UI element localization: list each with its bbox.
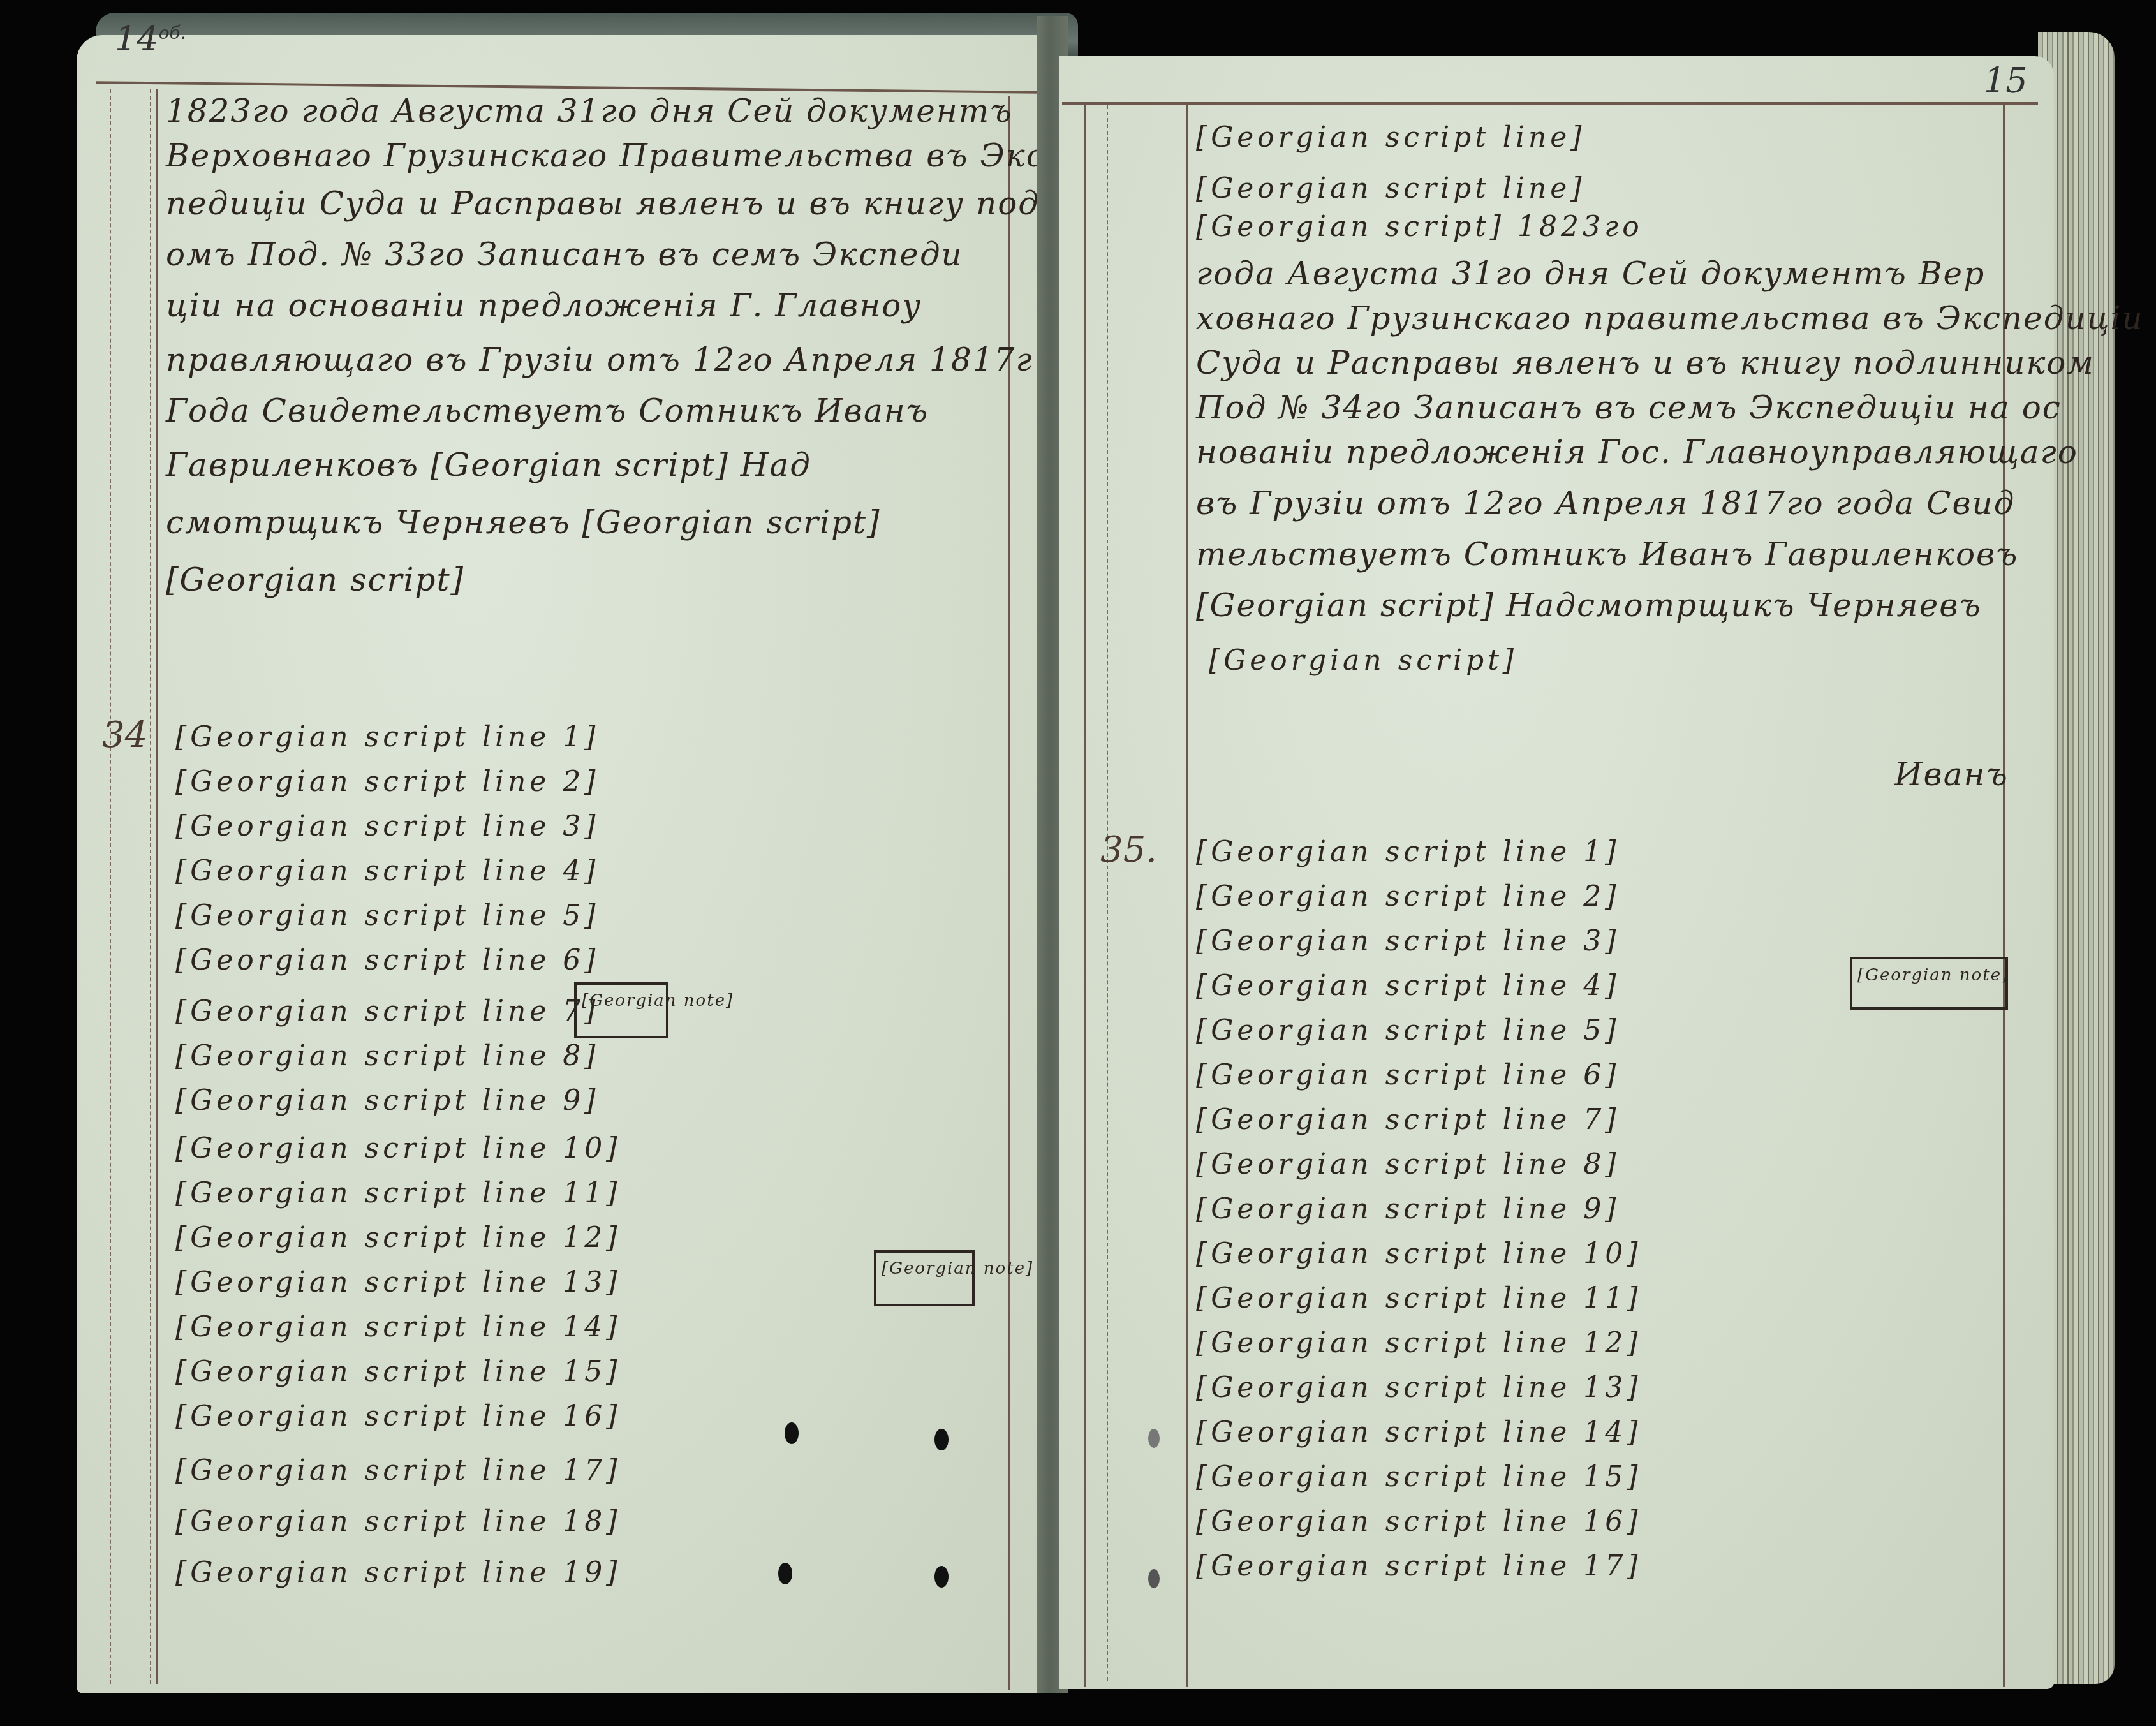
signature: Иванъ <box>1894 756 2009 793</box>
binding-hole <box>934 1429 949 1450</box>
boxed-annotation: [Georgian note] <box>1850 957 2008 1010</box>
text-line: тельствуетъ Сотникъ Иванъ Гавриленковъ <box>1196 536 2018 573</box>
entry-number-35: 35. <box>1100 829 1157 871</box>
text-line: [Georgian script] <box>1209 644 1517 677</box>
binding-hole <box>1148 1429 1160 1448</box>
text-line: [Georgian script line 15] <box>175 1355 621 1388</box>
text-line: [Georgian script] <box>166 561 464 598</box>
text-line: [Georgian script line 16] <box>175 1400 621 1433</box>
text-line: [Georgian script line 9] <box>175 1084 600 1117</box>
text-line: [Georgian script] Надсмотрщикъ Черняевъ <box>1196 587 1982 624</box>
right-margin-rule <box>1008 96 1010 1690</box>
text-line: [Georgian script line 3] <box>175 810 600 843</box>
text-line: [Georgian script line 9] <box>1196 1193 1620 1225</box>
text-line: [Georgian script line 7] <box>175 995 600 1028</box>
text-line: [Georgian script line 10] <box>175 1132 621 1165</box>
text-line: нованіи предложенія Гос. Главноуправляющ… <box>1196 434 2078 471</box>
text-line: Года Свидетельствуетъ Сотникъ Иванъ <box>166 392 929 429</box>
text-line: Под № 34го Записанъ въ семъ Экспедиціи н… <box>1196 389 2062 426</box>
text-line: [Georgian script line 13] <box>1196 1371 1642 1404</box>
text-line: [Georgian script line 8] <box>175 1040 600 1072</box>
text-line: [Georgian script line 5] <box>1196 1014 1620 1047</box>
text-line: омъ Под. № 33го Записанъ въ семъ Экспеди <box>166 236 963 273</box>
text-line: [Georgian script line 17] <box>1196 1550 1642 1582</box>
text-line: ховнаго Грузинскаго правительства въ Экс… <box>1196 300 2144 337</box>
text-line: [Georgian script line 6] <box>175 944 600 977</box>
boxed-annotation: [Georgian note] <box>574 982 668 1038</box>
text-line: [Georgian script line] <box>1196 172 1586 205</box>
text-line: [Georgian script line 16] <box>1196 1505 1642 1538</box>
margin-rule <box>1084 105 1086 1687</box>
text-line: ціи на основаніи предложенія Г. Главноу <box>166 287 922 324</box>
margin-rule <box>1186 105 1188 1687</box>
text-line: [Georgian script line 15] <box>1196 1461 1642 1493</box>
text-line: [Georgian script line 10] <box>1196 1237 1642 1270</box>
text-line: [Georgian script line 12] <box>175 1221 621 1254</box>
text-line: [Georgian script line 4] <box>1196 970 1620 1002</box>
text-line: года Августа 31го дня Сей документъ Вер <box>1196 255 1985 292</box>
text-line: [Georgian script line 11] <box>1196 1282 1642 1315</box>
text-line: 1823го года Августа 31го дня Сей докумен… <box>166 92 1012 129</box>
margin-rule <box>156 89 158 1684</box>
left-folio-number: 14об. <box>115 19 186 59</box>
text-line: [Georgian script line 18] <box>175 1505 621 1538</box>
text-line: [Georgian script line 14] <box>175 1311 621 1343</box>
text-line: [Georgian script line 1] <box>1196 836 1620 868</box>
text-line: [Georgian script line 13] <box>175 1266 621 1299</box>
text-line: [Georgian script line 12] <box>1196 1327 1642 1359</box>
text-line: [Georgian script line 1] <box>175 721 600 753</box>
text-line: [Georgian script line 2] <box>175 765 600 798</box>
text-line: [Georgian script line 14] <box>1196 1416 1642 1449</box>
binding-hole <box>934 1566 949 1588</box>
text-line: [Georgian script line 6] <box>1196 1059 1620 1091</box>
right-folio-number: 15 <box>1984 61 2028 101</box>
text-line: [Georgian script line 17] <box>175 1454 621 1487</box>
margin-line <box>150 89 151 1684</box>
text-line: [Georgian script line 19] <box>175 1556 621 1589</box>
boxed-annotation: [Georgian note] <box>874 1250 975 1306</box>
text-line: [Georgian script line 7] <box>1196 1103 1620 1136</box>
text-line: [Georgian script line 2] <box>1196 880 1620 913</box>
text-line: [Georgian script line 11] <box>175 1177 621 1209</box>
margin-line <box>1107 105 1108 1681</box>
header-rule <box>1062 102 2038 105</box>
text-line: Гавриленковъ [Georgian script] Над <box>166 446 811 483</box>
right-margin-rule <box>2003 105 2005 1687</box>
text-line: [Georgian script line] <box>1196 121 1586 154</box>
text-line: [Georgian script line 5] <box>175 899 600 932</box>
text-line: [Georgian script line 8] <box>1196 1148 1620 1181</box>
text-line: смотрщикъ Черняевъ [Georgian script] <box>166 504 881 541</box>
margin-line <box>110 89 111 1684</box>
text-line: [Georgian script line 3] <box>1196 925 1620 957</box>
text-line: педиціи Суда и Расправы явленъ и въ книг… <box>166 185 1170 222</box>
binding-hole <box>785 1422 799 1444</box>
text-line: [Georgian script] 1823го <box>1196 210 1643 243</box>
text-line: въ Грузіи отъ 12го Апреля 1817го года Св… <box>1196 485 2015 522</box>
text-line: Верховнаго Грузинскаго Правительства въ … <box>166 137 1045 174</box>
text-line: Суда и Расправы явленъ и въ книгу подлин… <box>1196 344 2095 381</box>
binding-hole <box>1148 1569 1160 1588</box>
entry-number-34: 34 <box>102 714 147 756</box>
text-line: правляющаго въ Грузіи отъ 12го Апреля 18… <box>166 341 1033 378</box>
text-line: [Georgian script line 4] <box>175 855 600 887</box>
binding-hole <box>778 1563 792 1584</box>
